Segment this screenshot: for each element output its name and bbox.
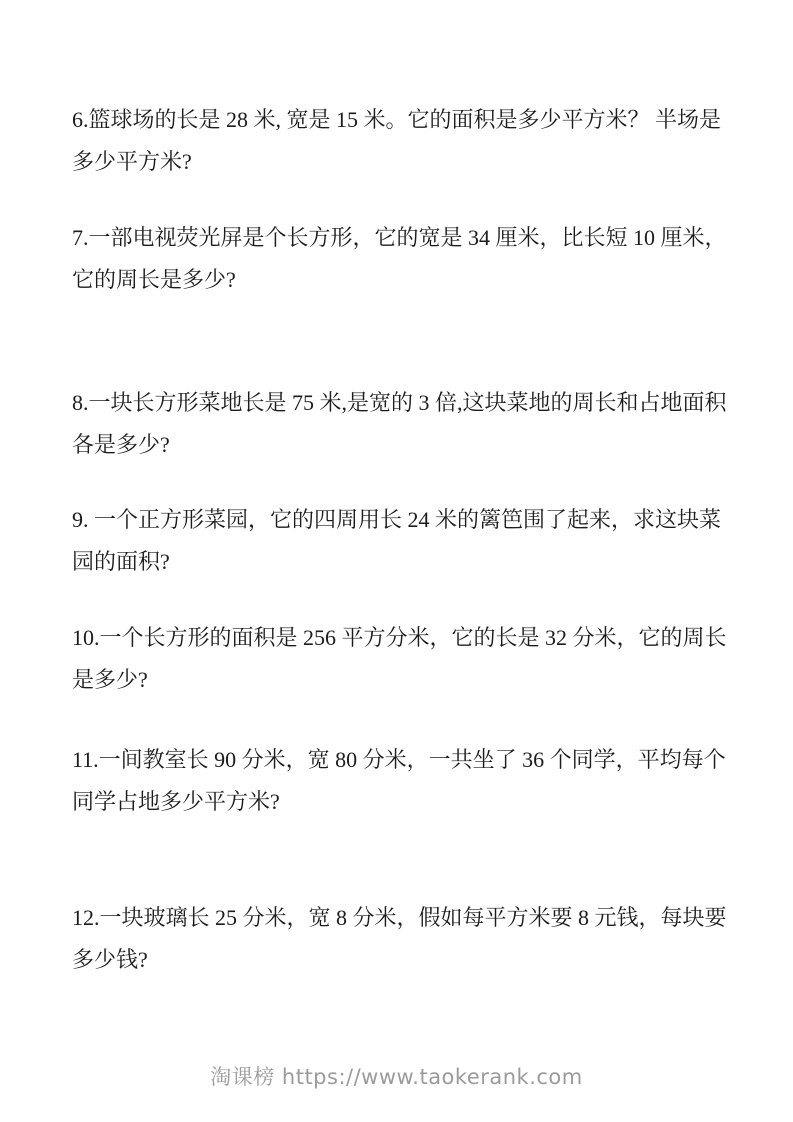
watermark-footer: 淘课榜 https://www.taokerank.com — [0, 1062, 793, 1092]
problem-10: 10.一个长方形的面积是 256 平方分米，它的长是 32 分米，它的周长是多少… — [72, 617, 727, 701]
problem-8: 8.一块长方形菜地长是 75 米,是宽的 3 倍,这块菜地的周长和占地面积各是多… — [72, 382, 727, 466]
problem-12: 12.一块玻璃长 25 分米，宽 8 分米，假如每平方米要 8 元钱，每块要多少… — [72, 897, 727, 981]
problem-6: 6.篮球场的长是 28 米, 宽是 15 米。它的面积是多少平方米？ 半场是多少… — [72, 99, 727, 183]
problem-11: 11.一间教室长 90 分米，宽 80 分米，一共坐了 36 个同学，平均每个同… — [72, 739, 727, 823]
worksheet-page: 6.篮球场的长是 28 米, 宽是 15 米。它的面积是多少平方米？ 半场是多少… — [0, 0, 793, 1122]
problem-9: 9. 一个正方形菜园，它的四周用长 24 米的篱笆围了起来，求这块菜园的面积? — [72, 499, 727, 583]
problem-7: 7.一部电视荧光屏是个长方形，它的宽是 34 厘米，比长短 10 厘米，它的周长… — [72, 217, 727, 301]
